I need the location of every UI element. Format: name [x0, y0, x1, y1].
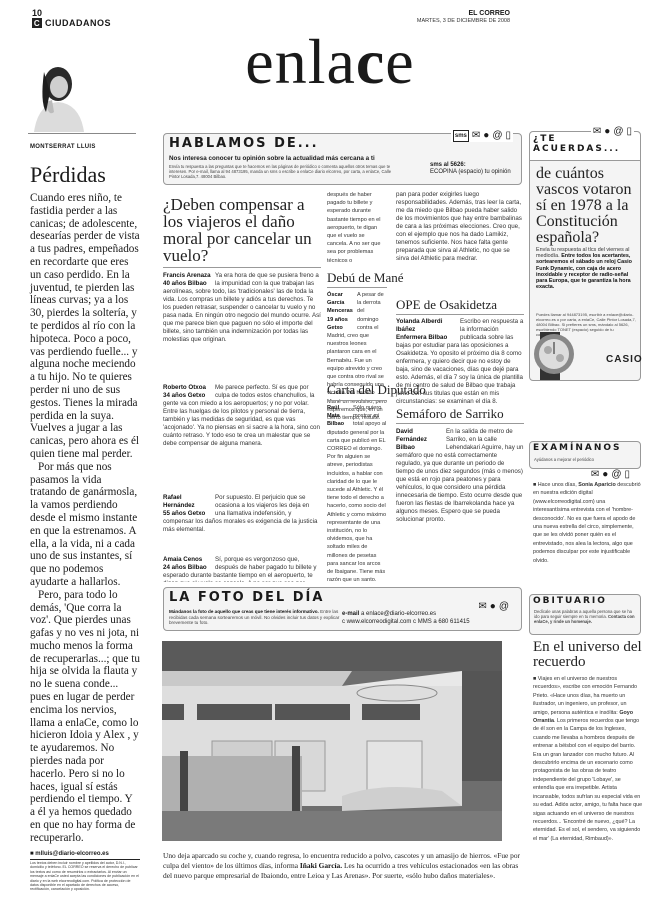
hablamos-box: HABLAMOS DE... Nos interesa conocer tu o… [163, 133, 522, 185]
author-name: MONTSERRAT LLUIS [30, 144, 96, 150]
reader-letter: Amaia Cenos24 años Bilbao Sí, porque es … [163, 556, 321, 582]
column-paragraph: Cuando eres niño, te fastidia perder a l… [30, 192, 140, 461]
contact-icons: ✉ ● @ ▯ [589, 470, 632, 480]
page-number: 10 [32, 8, 42, 18]
envelope-icon: ✉ [593, 127, 601, 137]
semaforo-title: Semáforo de Sarriko [396, 406, 504, 422]
hablamos-title: HABLAMOS DE... [169, 136, 319, 151]
letter-author: Raúl MataBilbao [327, 404, 349, 429]
photo-caption: Uno deja aparcado su coche y, cuando reg… [163, 851, 527, 881]
author-email-link[interactable]: ■ mlluis@diario-elcorreo.es [30, 851, 109, 857]
examinanos-body: ■ Hace unos días, Sonia Aparicio descubr… [533, 481, 643, 565]
section-label: C CIUDADANOS [32, 18, 111, 28]
question-rule [163, 267, 321, 268]
foto-description: Mándanos la foto de aquello que creas qu… [169, 609, 349, 626]
trivia-question: de cuántos vascos votaron sí en 1978 a l… [536, 166, 640, 246]
foto-contact: e-mail a enlace@diario-elcorreo.esc www.… [342, 610, 470, 626]
carta-rule [327, 400, 387, 401]
masthead-pre: enla [245, 26, 356, 97]
te-acuerdas-title: ¿TEACUERDAS... [533, 134, 620, 154]
masthead-post: e [385, 26, 414, 97]
debut-rule [327, 287, 387, 288]
newspaper-name: EL CORREO [469, 10, 511, 17]
examinanos-subtitle: Ayúdanos a mejorar el periódico [534, 457, 594, 462]
reader-letter: Francis Arenaza40 años Bilbao Ya era hor… [163, 272, 321, 344]
te-acuerdas-box: ¿TEACUERDAS... ✉ ● @ ▯ de cuántos vascos… [529, 131, 641, 381]
at-icon: @ [499, 602, 509, 612]
author-photo [28, 62, 88, 132]
masthead: enlace [200, 30, 460, 94]
hablamos-description: Envía tu respuesta a las preguntas que t… [169, 164, 394, 179]
hablamos-subtitle: Nos interesa conocer tu opinión sobre la… [169, 155, 375, 162]
obituario-body: ■ Viajes en el universo de nuestros recu… [533, 675, 643, 843]
masthead-c: c [356, 26, 385, 97]
column-paragraph: Pero, para todo lo demás, 'Que corra la … [30, 589, 140, 845]
envelope-icon: ✉ [472, 131, 480, 141]
footnote-rule [30, 859, 140, 860]
phone-icon: ▯ [505, 131, 511, 141]
reader-letter: Yolanda Alberdi IbáñezEnfermera Bilbao E… [396, 318, 524, 406]
phone-icon: ▯ [626, 127, 632, 137]
foto-web-link[interactable]: c www.elcorreodigital.com c MMS a 680 61… [342, 619, 470, 625]
debut-title: Debú de Mané [327, 270, 404, 286]
letter-author: Amaia Cenos24 años Bilbao [163, 556, 211, 572]
at-icon: @ [613, 127, 623, 137]
reader-letter: David FernándezBilbao En la salida de me… [396, 428, 524, 524]
foto-title: LA FOTO DEL DÍA [169, 590, 324, 605]
watch-image [530, 332, 600, 380]
obituario-box: OBITUARIO Dedícale unas palabras a aquel… [529, 594, 641, 635]
globe-icon: ● [604, 127, 610, 137]
foto-del-dia-box: LA FOTO DEL DÍA Mándanos la foto de aque… [163, 587, 522, 631]
reader-letter: Rafael Hernández55 años Getxo Por supues… [163, 494, 321, 534]
envelope-icon: ✉ [478, 602, 486, 612]
column-title: Pérdidas [30, 162, 106, 188]
foto-email-link[interactable]: a enlace@diario-elcorreo.es [361, 611, 436, 617]
globe-icon: ● [490, 602, 496, 612]
phone-icon: ▯ [624, 470, 630, 480]
sms-text: ECOPINA (espacio) tu opinión [430, 169, 511, 175]
section-logo-icon: C [32, 18, 42, 28]
letter-author: Francis Arenaza40 años Bilbao [163, 272, 211, 288]
letter-author: Rafael Hernández55 años Getxo [163, 494, 211, 518]
examinanos-box: EXAMÍNANOS Ayúdanos a mejorar el periódi… [529, 441, 641, 469]
contact-icons: ✉ ● @ [476, 602, 511, 612]
hablamos-sms: sms al 5626:ECOPINA (espacio) tu opinión [430, 162, 511, 176]
obituario-subtitle: Dedícale unas palabras a aquella persona… [534, 609, 638, 625]
reader-letter: Raúl MataBilbao Sólo quiero mostrar mi t… [327, 404, 387, 582]
contact-icons: sms ✉ ● @ ▯ [451, 130, 513, 142]
section-name: CIUDADANOS [45, 18, 111, 28]
issue-date: MARTES, 3 DE DICIEMBRE DE 2008 [417, 18, 510, 24]
obituario-article-title: En el universo del recuerdo [533, 640, 643, 670]
letter-continuation: pan para poder exigirles luego responsab… [396, 191, 524, 291]
photo-of-day [162, 641, 502, 841]
sms-icon: sms [453, 130, 469, 142]
globe-icon: ● [602, 470, 608, 480]
obituario-title: OBITUARIO [533, 596, 607, 606]
globe-icon: ● [483, 131, 489, 141]
letter-continuation: después de haber pagado tu billete y esp… [327, 191, 387, 263]
trivia-instructions: Envía tu respuesta al tlcs del viernes a… [536, 247, 636, 290]
contact-icons: ✉ ● @ ▯ [591, 127, 634, 137]
author-rule [28, 133, 136, 134]
at-icon: @ [611, 470, 621, 480]
column-body: Cuando eres niño, te fastidia perder a l… [30, 192, 140, 845]
ope-rule [396, 314, 524, 315]
reader-letter: Roberto Otxoa34 años Getxo Me parece per… [163, 384, 321, 448]
letter-text: Sólo quiero mostrar mi total apoyo al di… [327, 405, 387, 582]
column-paragraph: Por más que nos pasamos la vida tratando… [30, 461, 140, 589]
legal-footnote: Los textos deben incluir nombre y apelli… [30, 861, 140, 892]
letter-author: David FernándezBilbao [396, 428, 442, 452]
question-title: ¿Deben compensar a los viajeros el daño … [163, 196, 323, 264]
casio-logo: CASIO [606, 354, 643, 365]
at-icon: @ [492, 131, 502, 141]
ope-title: OPE de Osakidetza [396, 297, 497, 313]
sms-label: sms al 5626: [430, 162, 466, 168]
reader-letter: Óscar García Menceras19 años Getxo A pes… [327, 291, 387, 422]
semaforo-rule [396, 423, 524, 424]
letter-author: Roberto Otxoa34 años Getxo [163, 384, 211, 400]
letter-author: Yolanda Alberdi IbáñezEnfermera Bilbao [396, 318, 456, 342]
examinanos-title: EXAMÍNANOS [533, 443, 622, 453]
letter-author: Óscar García Menceras19 años Getxo [327, 291, 353, 332]
envelope-icon: ✉ [591, 470, 599, 480]
